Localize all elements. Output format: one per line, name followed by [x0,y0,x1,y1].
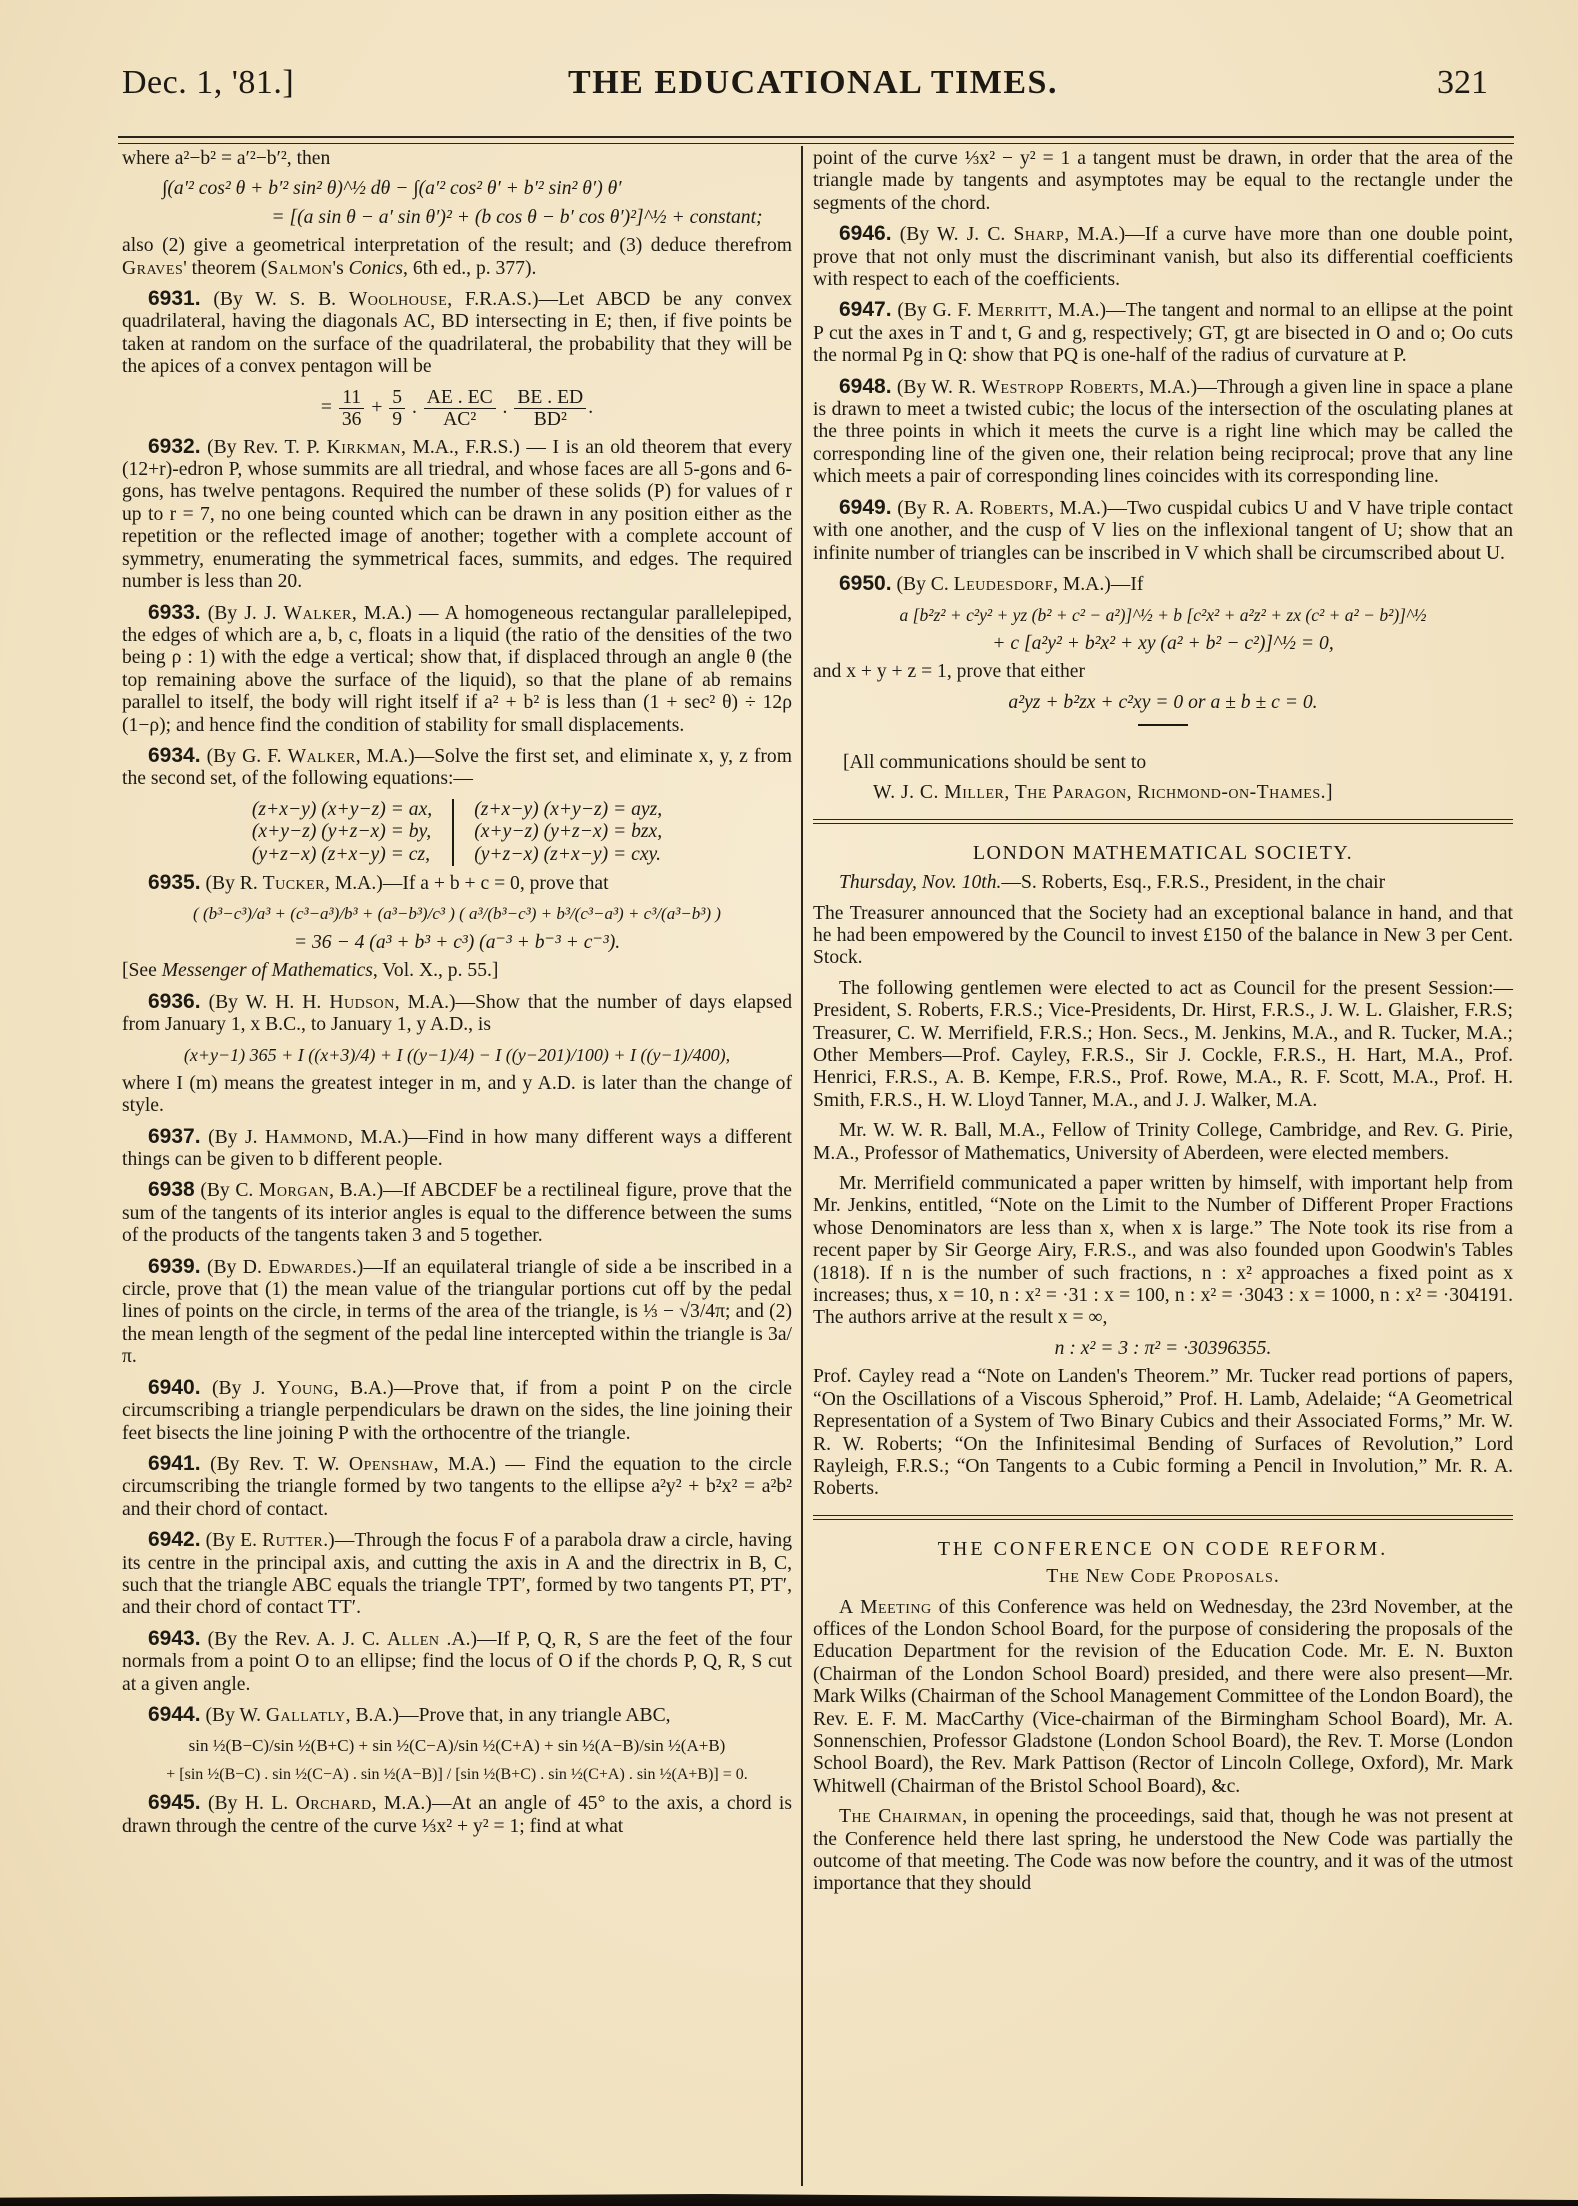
conference-paragraph-2: The Chairman, in opening the proceedings… [813,1806,1513,1896]
column-divider [801,146,803,2186]
section-divider [813,819,1513,824]
second-set: (z+x−y) (x+y−z) = ayz, (x+y−z) (y+z−x) =… [452,799,682,866]
question-6944: 6944. (By W. Gallatly, B.A.)—Prove that,… [122,1704,792,1727]
question-6950: 6950. (By C. Leudesdorf, M.A.)—If [813,573,1513,596]
header-rule [118,136,1514,144]
question-6948: 6948. (By W. R. Westropp Roberts, M.A.)—… [813,376,1513,489]
question-number: 6947. [839,298,892,321]
lms-paragraph-1: Thursday, Nov. 10th.—S. Roberts, Esq., F… [813,872,1513,894]
author: Young [277,1378,334,1399]
intro-line: where a²−b² = a′²−b′², then [122,148,792,170]
author: Tucker [263,873,325,894]
question-number: 6942. [148,1528,201,1551]
question-6946: 6946. (By W. J. C. Sharp, M.A.)—If a cur… [813,223,1513,291]
communications-address: W. J. C. Miller, The Paragon, Richmond-o… [873,782,1513,804]
communications-line-1: [All communications should be sent to [843,752,1513,774]
question-number: 6944. [148,1703,201,1726]
conference-heading: THE CONFERENCE ON CODE REFORM. [813,1538,1513,1560]
short-divider [1138,724,1188,726]
equation-6944-line2: + [sin ½(B−C) . sin ½(C−A) . sin ½(A−B)]… [122,1764,792,1786]
question-number: 6933. [148,601,201,624]
question-number: 6937. [148,1125,201,1148]
equation-6936: (x+y−1) 365 + I ((x+3)/4) + I ((y−1)/4) … [122,1044,792,1066]
equation-6935-line1: ( (b³−c³)/a³ + (c³−a³)/b³ + (a³−b³)/c³ )… [122,903,792,925]
question-6939: 6939. (By D. Edwardes.)—If an equilatera… [122,1256,792,1369]
lms-paragraph-3: The following gentlemen were elected to … [813,978,1513,1112]
author: Woolhouse [349,289,447,310]
equation-6944-line1: sin ½(B−C)/sin ½(B+C) + sin ½(C−A)/sin ½… [122,1735,792,1757]
equation-6950-line2: + c [a²y² + b²x² + xy (a² + b² − c²)]^½ … [813,633,1513,655]
masthead-title: THE EDUCATIONAL TIMES. [118,64,1508,102]
section-divider [813,1515,1513,1520]
equation-6950-mid: and x + y + z = 1, prove that either [813,661,1513,683]
page-header: Dec. 1, '81.] THE EDUCATIONAL TIMES. 321 [118,62,1508,118]
lms-equation: n : x² = 3 : π² = ·30396355. [813,1338,1513,1360]
author: Hudson [329,992,394,1013]
tail-6936: where I (m) means the greatest integer i… [122,1073,792,1118]
intro-tail: also (2) give a geometrical interpretati… [122,235,792,280]
question-number: 6940. [148,1376,201,1399]
author: Roberts [980,498,1049,519]
author: Walker [288,746,356,767]
question-number: 6943. [148,1627,201,1650]
question-6935: 6935. (By R. Tucker, M.A.)—If a + b + c … [122,872,792,895]
author: Allen [387,1629,439,1650]
first-set: (z+x−y) (x+y−z) = ax, (x+y−z) (y+z−x) = … [232,799,452,866]
question-6940: 6940. (By J. Young, B.A.)—Prove that, if… [122,1377,792,1445]
question-number: 6939. [148,1255,201,1278]
question-6934: 6934. (By G. F. Walker, M.A.)—Solve the … [122,745,792,791]
question-6932: 6932. (By Rev. T. P. Kirkman, M.A., F.R.… [122,436,792,594]
question-number: 6935. [148,871,201,894]
equation-6950-line1: a [b²z² + c²y² + yz (b² + c² − a²)]^½ + … [813,604,1513,626]
question-number: 6949. [839,496,892,519]
intro-equation-2: = [(a sin θ − a′ sin θ′)² + (b cos θ − b… [122,207,792,229]
lms-paragraph-5: Mr. Merrifield communicated a paper writ… [813,1173,1513,1330]
author: Sharp [1013,224,1064,245]
intro-equation-1: ∫(a′² cos² θ + b′² sin² θ)^½ dθ − ∫(a′² … [122,178,792,200]
author: Kirkman [327,437,401,458]
question-6936: 6936. (By W. H. H. Hudson, M.A.)—Show th… [122,991,792,1037]
right-column: point of the curve ⅓x² − y² = 1 a tangen… [813,148,1513,1904]
lms-paragraph-2: The Treasurer announced that the Society… [813,903,1513,970]
newspaper-page: Dec. 1, '81.] THE EDUCATIONAL TIMES. 321… [0,0,1578,2206]
question-number: 6948. [839,375,892,398]
question-number: 6945. [148,1791,201,1814]
conference-paragraph-1: A Meeting of this Conference was held on… [813,1597,1513,1799]
question-6945: 6945. (By H. L. Orchard, M.A.)—At an ang… [122,1792,792,1838]
question-number: 6941. [148,1452,201,1475]
left-column: where a²−b² = a′²−b′², then ∫(a′² cos² θ… [122,148,792,1846]
author: Orchard [296,1793,372,1814]
question-6947: 6947. (By G. F. Merritt, M.A.)—The tange… [813,299,1513,367]
question-number: 6934. [148,744,201,767]
conference-subheading: The New Code Proposals. [813,1566,1513,1588]
question-number: 6946. [839,222,892,245]
question-number: 6936. [148,990,201,1013]
author: Openshaw [349,1454,434,1475]
equation-6935-line2: = 36 − 4 (a³ + b³ + c³) (a⁻³ + b⁻³ + c⁻³… [122,932,792,954]
question-number: 6950. [839,572,892,595]
question-6937: 6937. (By J. Hammond, M.A.)—Find in how … [122,1126,792,1172]
author: Gallatly [266,1705,346,1726]
equation-system-6934: (z+x−y) (x+y−z) = ax, (x+y−z) (y+z−x) = … [122,799,792,866]
continuation-6945: point of the curve ⅓x² − y² = 1 a tangen… [813,148,1513,215]
author: Morgan [259,1180,329,1201]
scan-bottom-edge [0,2194,1578,2206]
author: Leudesdorf [954,574,1053,595]
equation-6950-line3: a²yz + b²zx + c²xy = 0 or a ± b ± c = 0. [813,692,1513,714]
lms-paragraph-4: Mr. W. W. R. Ball, M.A., Fellow of Trini… [813,1120,1513,1165]
lms-heading: LONDON MATHEMATICAL SOCIETY. [813,842,1513,864]
equation-6931: = 1136 + 59 . AE . ECAC² . BE . EDBD². [122,387,792,430]
question-6942: 6942. (By E. Rutter.)—Through the focus … [122,1529,792,1620]
author: Merritt [977,300,1047,321]
author: Hammond [265,1127,348,1148]
author: Edwardes [268,1257,352,1278]
question-6938: 6938 (By C. Morgan, B.A.)—If ABCDEF be a… [122,1179,792,1247]
question-6933: 6933. (By J. J. Walker, M.A.) — A homoge… [122,602,792,737]
page-number: 321 [1437,64,1488,102]
question-6941: 6941. (By Rev. T. W. Openshaw, M.A.) — F… [122,1453,792,1521]
lms-paragraph-6: Prof. Cayley read a “Note on Landen's Th… [813,1366,1513,1500]
question-number: 6938 [148,1178,195,1201]
question-6949: 6949. (By R. A. Roberts, M.A.)—Two cuspi… [813,497,1513,565]
question-6943: 6943. (By the Rev. A. J. C. Allen .A.)—I… [122,1628,792,1696]
author: Westropp Roberts [981,377,1139,398]
author: Walker [284,603,352,624]
question-number: 6932. [148,435,201,458]
reference-6935: [See Messenger of Mathematics, Vol. X., … [122,960,792,982]
question-number: 6931. [148,287,201,310]
author: Rutter [262,1530,323,1551]
question-6931: 6931. (By W. S. B. Woolhouse, F.R.A.S.)—… [122,288,792,379]
